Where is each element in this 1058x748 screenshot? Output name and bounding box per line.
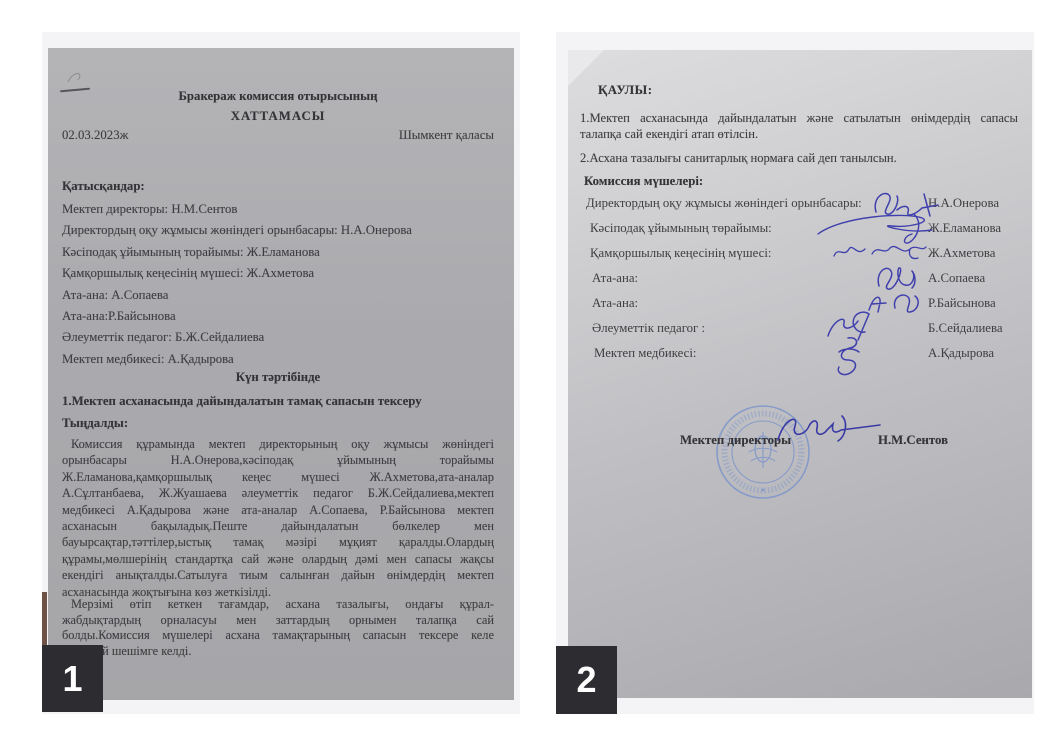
signature-icon <box>872 262 924 292</box>
pen-mark-icon <box>64 66 94 88</box>
participant-line: Мектеп медбикесі: А.Қадырова <box>62 349 494 370</box>
member-row: Ата-ана: Р.Байсынова <box>586 296 1028 321</box>
paragraph-line: жабдықтардың орналасуы мен заттардың орн… <box>62 613 494 629</box>
member-label: Кәсіподақ ұйымының төрайымы: <box>590 221 772 235</box>
paragraph-line: орынбасары Н.А.Онерова,кәсіподақ ұйымыны… <box>62 452 494 468</box>
document-page-2-card[interactable]: ҚАУЛЫ: 1.Мектеп асханасында дайындалатын… <box>556 32 1034 714</box>
page1-participants-list: Мектеп директоры: Н.М.Сентов Директордың… <box>62 199 494 370</box>
member-row: Ата-ана: А.Сопаева <box>586 271 1028 296</box>
signature-icon <box>768 410 888 450</box>
member-name: А.Сопаева <box>928 271 985 286</box>
member-name: Ж.Ахметова <box>928 246 995 261</box>
page2-members-heading: Комиссия мүшелері: <box>584 174 1014 189</box>
signature-icon <box>828 240 928 264</box>
page1-title-line2: ХАТТАМАСЫ <box>62 109 494 123</box>
paragraph-line: Мерзімі өтіп кеткен тағамдар, асхана таз… <box>62 597 494 613</box>
page2-resolution-2: 2.Асхана тазалығы санитарлық нормаға сай… <box>580 151 1018 166</box>
paragraph-line: болды.Комиссия мүшелері асхана тамақтары… <box>62 628 494 644</box>
paragraph-line: медбикесі А.Қадырова және ата-аналар А.С… <box>62 502 494 518</box>
member-label: Қамқоршылық кеңесінің мүшесі: <box>590 246 771 260</box>
page-number-badge-2: 2 <box>556 646 617 714</box>
director-name: Н.М.Сентов <box>878 433 948 448</box>
paragraph-line: Ж.Еламанова,қамқоршылық кеңес мүшесі Ж.А… <box>62 469 494 485</box>
page1-agenda-heading: Күн тәртібінде <box>62 370 494 385</box>
page-fold-corner <box>568 50 604 86</box>
participant-line: Кәсіподақ ұйымының торайымы: Ж.Еламанова <box>62 242 494 263</box>
paragraph-line: А.Сұлтанбаева, Ж.Жуашаева әлеуметтік пед… <box>62 485 494 501</box>
member-row: Кәсіподақ ұйымының төрайымы: Ж.Еламанова <box>586 221 1026 246</box>
page1-date-row: 02.03.2023ж Шымкент қаласы <box>62 128 496 143</box>
participant-line: Әлеуметтік педагог: Б.Ж.Сейдалиева <box>62 327 494 348</box>
page1-paragraph-2: Мерзімі өтіп кеткен тағамдар, асхана таз… <box>62 597 494 659</box>
member-label: Ата-ана: <box>592 296 638 310</box>
paragraph-line: талапқа сай екендігі атап өтілсін. <box>580 126 1018 142</box>
page-number-badge-1: 1 <box>42 645 103 712</box>
paragraph-line: асханасын бақыладық.Пеште дайындалатын б… <box>62 518 494 534</box>
participant-line: Ата-ана: А.Сопаева <box>62 285 494 306</box>
paragraph-line: мынадай шешімге келді. <box>62 644 494 660</box>
page1-agenda-item: 1.Мектеп асханасында дайындалатын тамақ … <box>62 394 494 408</box>
member-label: Директордың оқу жұмысы жөніндегі орынбас… <box>586 196 862 210</box>
participant-line: Ата-ана:Р.Байсынова <box>62 306 494 327</box>
member-label: Әлеуметтік педагог : <box>592 321 705 335</box>
participant-line: Директордың оқу жұмысы жөніндегі орынбас… <box>62 220 494 241</box>
member-row: Әлеуметтік педагог : Б.Сейдалиева <box>586 321 1028 346</box>
member-row: Мектеп медбикесі: А.Қадырова <box>586 346 1030 371</box>
member-label: Ата-ана: <box>592 271 638 285</box>
page2-resolution-heading: ҚАУЛЫ: <box>598 83 1018 98</box>
member-name: Ж.Еламанова <box>928 221 1001 236</box>
participant-line: Мектеп директоры: Н.М.Сентов <box>62 199 494 220</box>
paragraph-line: бауырсақтар,тәттілер,ыстық тамақ мәзірі … <box>62 534 494 550</box>
member-row: Директордың оқу жұмысы жөніндегі орынбас… <box>586 196 1022 221</box>
member-name: Р.Байсынова <box>928 296 996 311</box>
paragraph-line: екендігі анықталды.Сатылуға тиым салынға… <box>62 567 494 583</box>
paragraph-line: Комиссия құрамында мектеп директорының о… <box>62 436 494 452</box>
document-page-1-photo: Бракераж комиссия отырысының ХАТТАМАСЫ 0… <box>48 48 514 700</box>
member-name: А.Қадырова <box>928 346 994 361</box>
page1-title-line1: Бракераж комиссия отырысының <box>62 89 494 103</box>
signature-icon <box>826 334 870 380</box>
page2-resolution-1: 1.Мектеп асханасында дайындалатын және с… <box>580 110 1018 143</box>
document-page-1-card[interactable]: Бракераж комиссия отырысының ХАТТАМАСЫ 0… <box>42 32 520 714</box>
page1-heard-heading: Тыңдалды: <box>62 416 494 431</box>
paragraph-line: 1.Мектеп асханасында дайындалатын және с… <box>580 110 1018 126</box>
member-row: Қамқоршылық кеңесінің мүшесі: Ж.Ахметова <box>586 246 1026 271</box>
document-page-2-photo: ҚАУЛЫ: 1.Мектеп асханасында дайындалатын… <box>568 50 1032 698</box>
page1-date: 02.03.2023ж <box>62 128 128 143</box>
page1-participants-heading: Қатысқандар: <box>62 179 494 194</box>
page1-paragraph-1: Комиссия құрамында мектеп директорының о… <box>62 436 494 600</box>
participant-line: Қамқоршылық кеңесінің мүшесі: Ж.Ахметова <box>62 263 494 284</box>
member-label: Мектеп медбикесі: <box>594 346 696 360</box>
document-viewer: { "page1": { "badge": "1", "title_line1"… <box>0 0 1058 748</box>
page1-city: Шымкент қаласы <box>399 128 494 143</box>
member-name: Б.Сейдалиева <box>928 321 1003 336</box>
paragraph-line: құрамы,мөлшерінің стандартқа сай және ол… <box>62 551 494 567</box>
